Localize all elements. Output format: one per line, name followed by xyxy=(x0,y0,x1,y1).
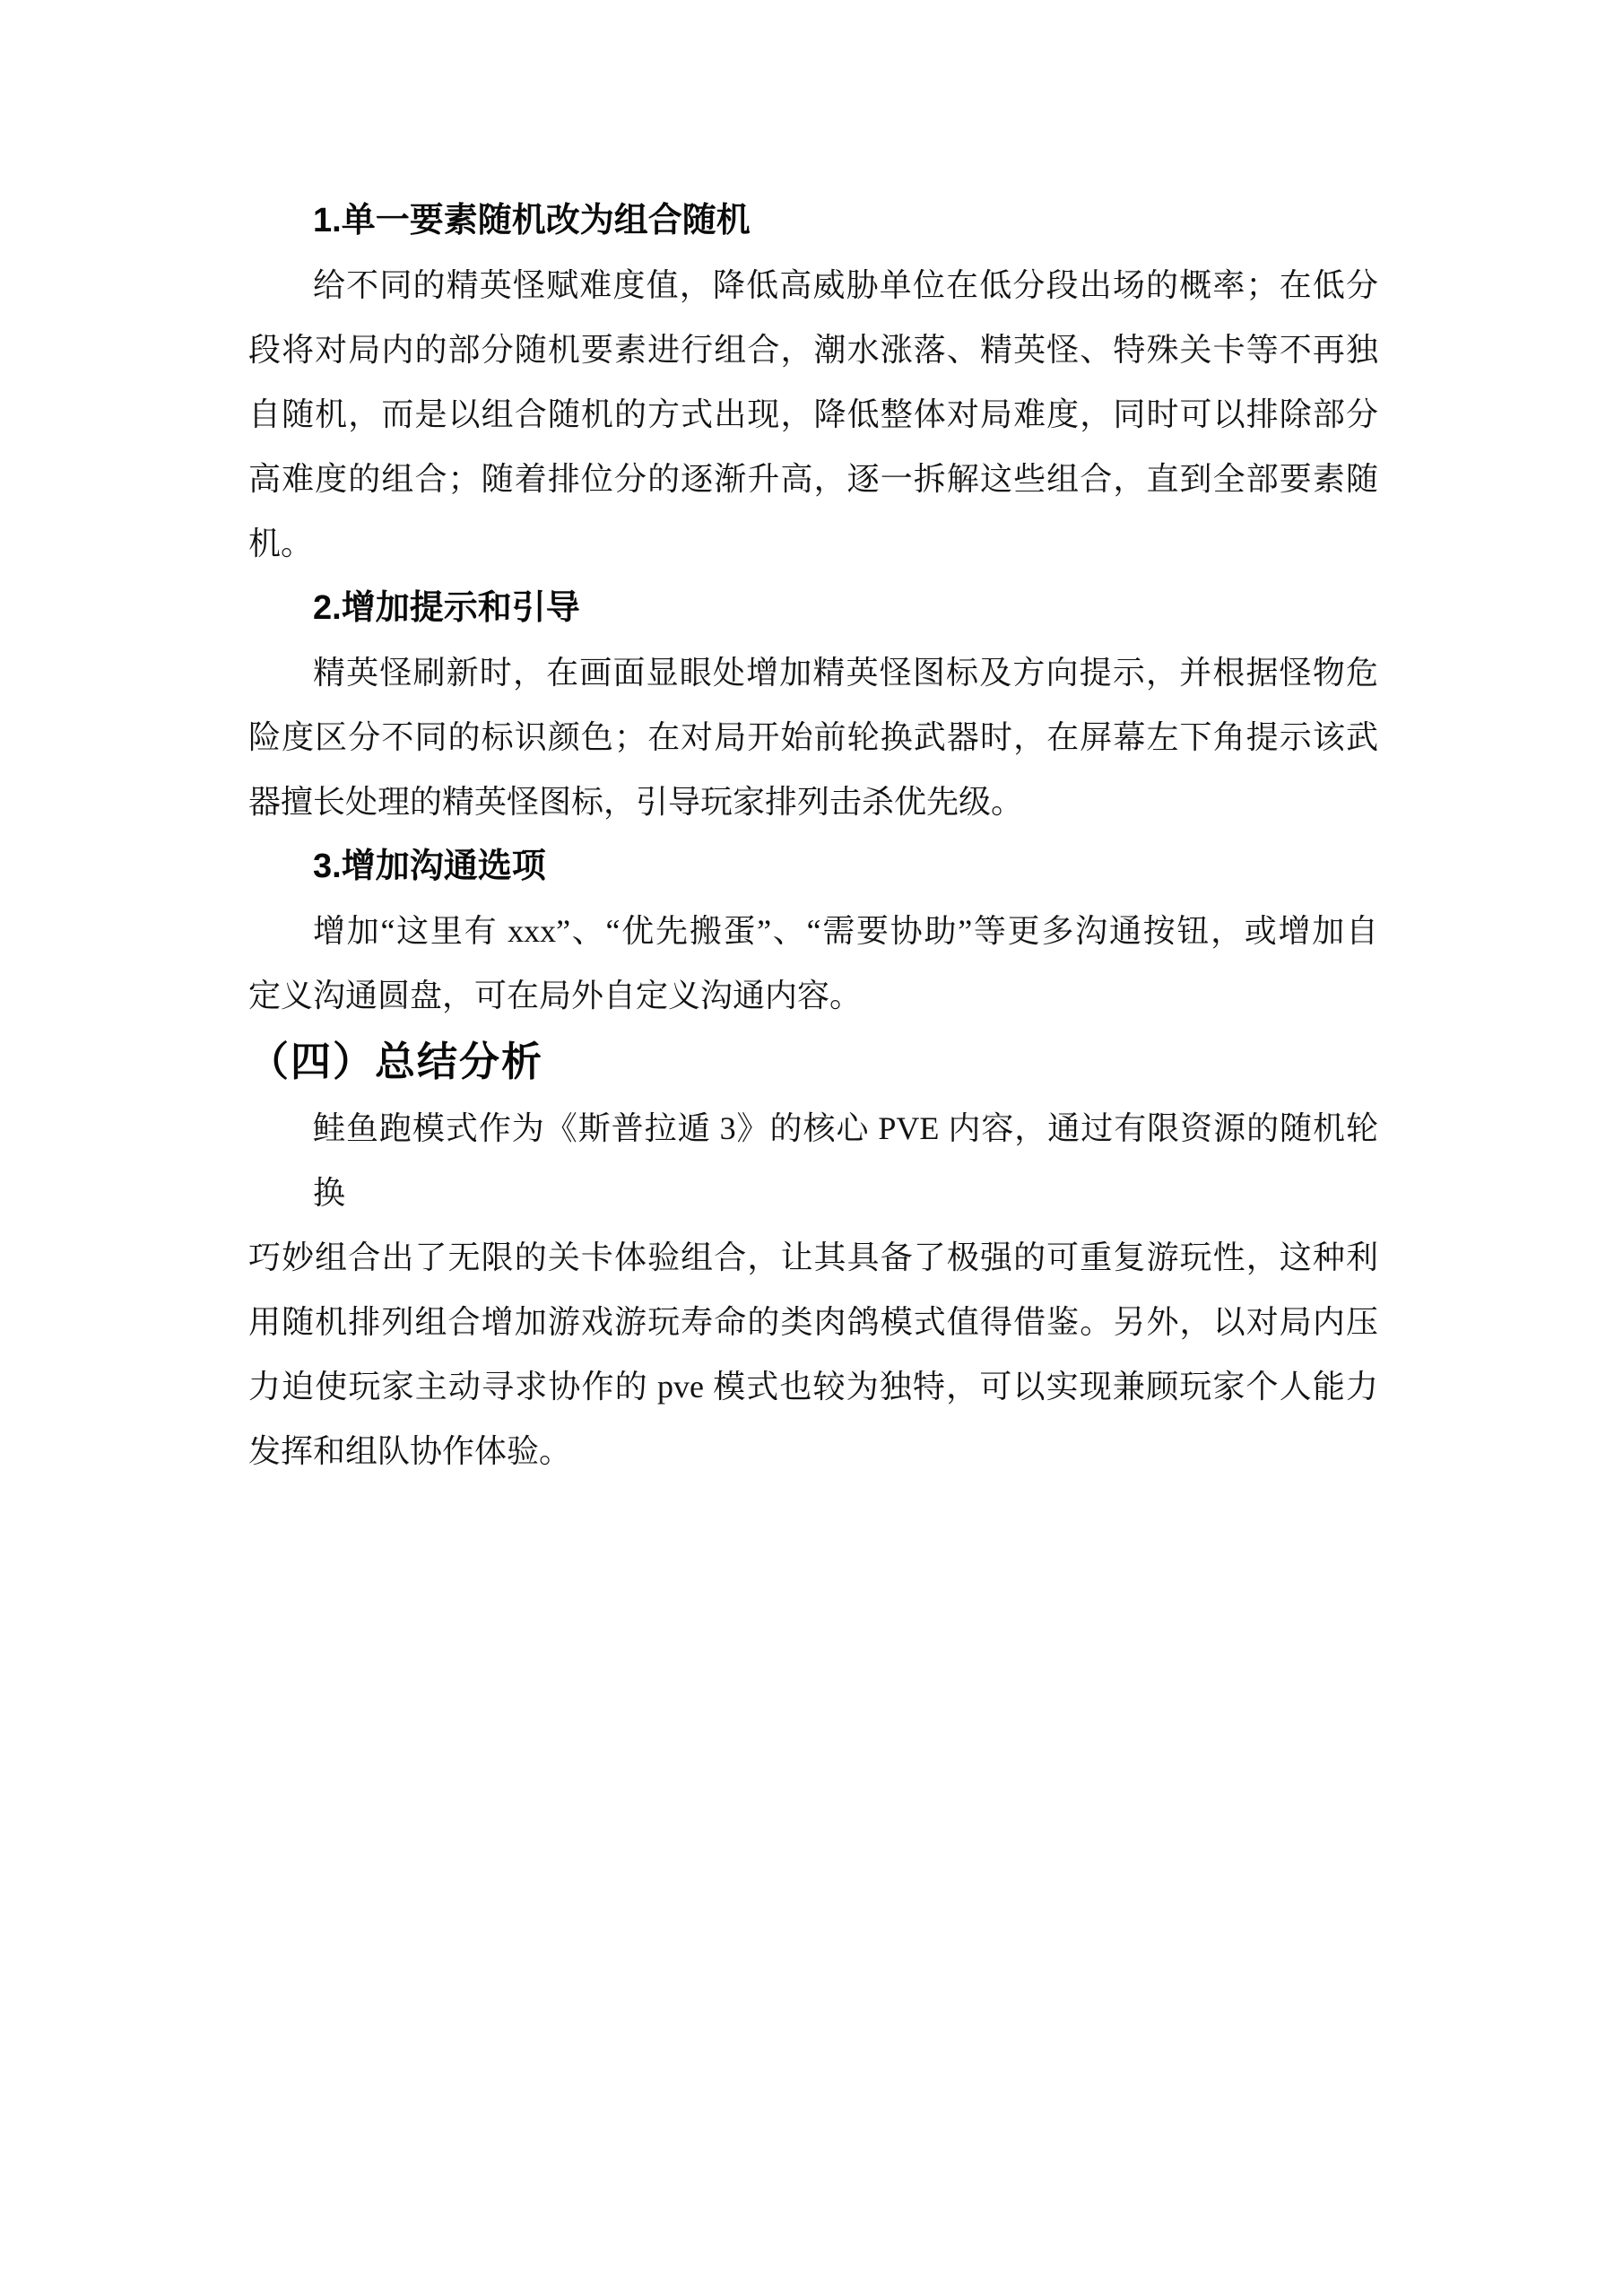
paragraph-communication-buttons: 增加“这里有 xxx”、“优先搬蛋”、“需要协助”等更多沟通按钮，或增加自 定义… xyxy=(248,899,1378,1028)
paragraph-line: 精英怪刷新时，在画面显眼处增加精英怪图标及方向提示，并根据怪物危 xyxy=(248,640,1378,705)
paragraph-line: 鲑鱼跑模式作为《斯普拉遁 3》的核心 PVE 内容，通过有限资源的随机轮换 xyxy=(248,1096,1378,1225)
heading-add-hints-guidance: 2.增加提示和引导 xyxy=(248,576,1378,640)
paragraph-line: 增加“这里有 xxx”、“优先搬蛋”、“需要协助”等更多沟通按钮，或增加自 xyxy=(248,899,1378,963)
paragraph-line: 段将对局内的部分随机要素进行组合，潮水涨落、精英怪、特殊关卡等不再独 xyxy=(248,317,1378,382)
document-page: 1.单一要素随机改为组合随机 给不同的精英怪赋难度值，降低高威胁单位在低分段出场… xyxy=(0,0,1623,2296)
paragraph-line: 力迫使玩家主动寻求协作的 pve 模式也较为独特，可以实现兼顾玩家个人能力 xyxy=(248,1354,1378,1419)
paragraph-line: 自随机，而是以组合随机的方式出现，降低整体对局难度，同时可以排除部分 xyxy=(248,382,1378,447)
paragraph-line: 险度区分不同的标识颜色；在对局开始前轮换武器时，在屏幕左下角提示该武 xyxy=(248,705,1378,770)
paragraph-line: 巧妙组合出了无限的关卡体验组合，让其具备了极强的可重复游玩性，这种利 xyxy=(248,1225,1378,1290)
paragraph-summary: 鲑鱼跑模式作为《斯普拉遁 3》的核心 PVE 内容，通过有限资源的随机轮换 巧妙… xyxy=(248,1096,1378,1483)
heading-summary-analysis: （四）总结分析 xyxy=(248,1028,1378,1096)
heading-single-to-combined-random: 1.单一要素随机改为组合随机 xyxy=(248,188,1378,253)
paragraph-difficulty-values: 给不同的精英怪赋难度值，降低高威胁单位在低分段出场的概率；在低分 段将对局内的部… xyxy=(248,253,1378,576)
paragraph-elite-monster-hints: 精英怪刷新时，在画面显眼处增加精英怪图标及方向提示，并根据怪物危 险度区分不同的… xyxy=(248,640,1378,834)
paragraph-line: 器擅长处理的精英怪图标，引导玩家排列击杀优先级。 xyxy=(248,770,1378,834)
heading-add-communication-options: 3.增加沟通选项 xyxy=(248,834,1378,899)
paragraph-line: 高难度的组合；随着排位分的逐渐升高，逐一拆解这些组合，直到全部要素随 xyxy=(248,447,1378,511)
paragraph-line: 定义沟通圆盘，可在局外自定义沟通内容。 xyxy=(248,963,1378,1028)
paragraph-line: 给不同的精英怪赋难度值，降低高威胁单位在低分段出场的概率；在低分 xyxy=(248,253,1378,317)
paragraph-line: 用随机排列组合增加游戏游玩寿命的类肉鸽模式值得借鉴。另外，以对局内压 xyxy=(248,1290,1378,1354)
paragraph-line: 机。 xyxy=(248,511,1378,576)
paragraph-line: 发挥和组队协作体验。 xyxy=(248,1419,1378,1483)
document-content: 1.单一要素随机改为组合随机 给不同的精英怪赋难度值，降低高威胁单位在低分段出场… xyxy=(0,0,1623,2296)
